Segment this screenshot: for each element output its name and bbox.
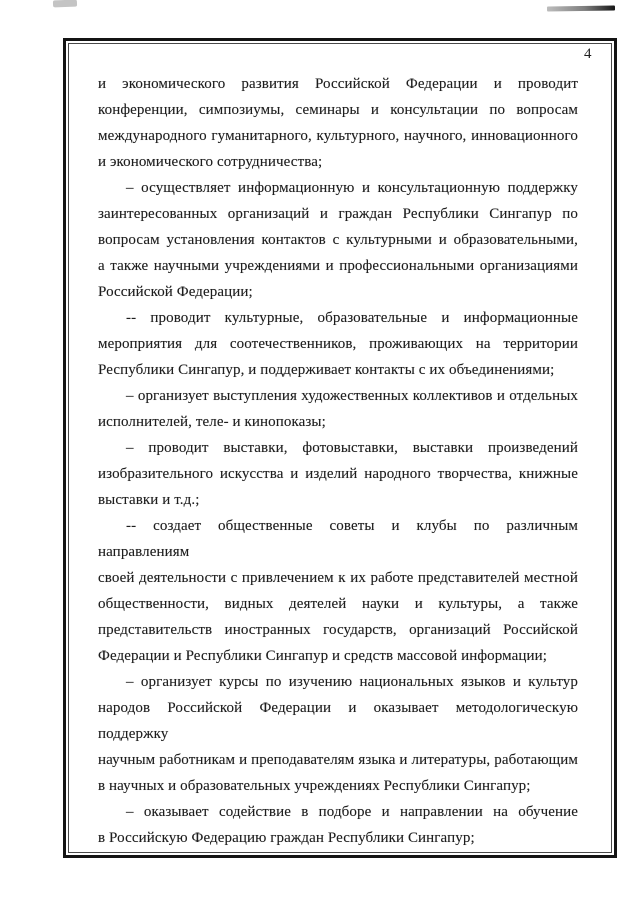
text-line: в Российскую Федерацию граждан Республик…	[98, 825, 578, 851]
text-line: – осуществляет информационную и консульт…	[98, 175, 578, 201]
scan-artifact-top-left	[53, 0, 77, 7]
text-line: Республики Сингапур, и поддерживает конт…	[98, 357, 578, 383]
paragraph: – оказывает содействие в подборе и напра…	[98, 799, 578, 851]
text-line: изобразительного искусства и изделий нар…	[98, 461, 578, 487]
text-line: – проводит выставки, фотовыставки, выста…	[98, 435, 578, 461]
text-line: международного гуманитарного, культурног…	[98, 123, 578, 149]
text-line: народов Российской Федерации и оказывает…	[98, 695, 578, 747]
text-line: вопросам установления контактов с культу…	[98, 227, 578, 253]
text-line: а также научными учреждениями и професси…	[98, 253, 578, 279]
scanned-page: 4 и экономического развития Российской Ф…	[0, 0, 640, 905]
page-number: 4	[584, 46, 592, 63]
paragraph: – организует выступления художественных …	[98, 383, 578, 435]
text-line: заинтересованных организаций и граждан Р…	[98, 201, 578, 227]
text-line: представительств иностранных государств,…	[98, 617, 578, 643]
paragraph: – проводит выставки, фотовыставки, выста…	[98, 435, 578, 513]
paragraph: – организует курсы по изучению националь…	[98, 669, 578, 799]
text-line: в научных и образовательных учреждениях …	[98, 773, 578, 799]
text-line: и экономического развития Российской Фед…	[98, 71, 578, 97]
text-line: – организует курсы по изучению националь…	[98, 669, 578, 695]
text-line: и экономического сотрудничества;	[98, 149, 578, 175]
document-body: и экономического развития Российской Фед…	[98, 71, 578, 851]
text-line: – организует выступления художественных …	[98, 383, 578, 409]
text-line: Федерации и Республики Сингапур и средст…	[98, 643, 578, 669]
text-line: Российской Федерации;	[98, 279, 578, 305]
text-line: конференции, симпозиумы, семинары и конс…	[98, 97, 578, 123]
paragraph: и экономического развития Российской Фед…	[98, 71, 578, 175]
text-line: общественности, видных деятелей науки и …	[98, 591, 578, 617]
text-line: исполнителей, теле- и кинопоказы;	[98, 409, 578, 435]
paragraph: -- проводит культурные, образовательные …	[98, 305, 578, 383]
text-line: -- создает общественные советы и клубы п…	[98, 513, 578, 565]
text-line: выставки и т.д.;	[98, 487, 578, 513]
text-line: своей деятельности с привлечением к их р…	[98, 565, 578, 591]
paragraph: -- создает общественные советы и клубы п…	[98, 513, 578, 669]
scan-artifact-top-right	[547, 6, 615, 12]
text-line: научным работникам и преподавателям язык…	[98, 747, 578, 773]
text-line: – оказывает содействие в подборе и напра…	[98, 799, 578, 825]
text-line: мероприятия для соотечественников, прожи…	[98, 331, 578, 357]
text-line: -- проводит культурные, образовательные …	[98, 305, 578, 331]
paragraph: – осуществляет информационную и консульт…	[98, 175, 578, 305]
